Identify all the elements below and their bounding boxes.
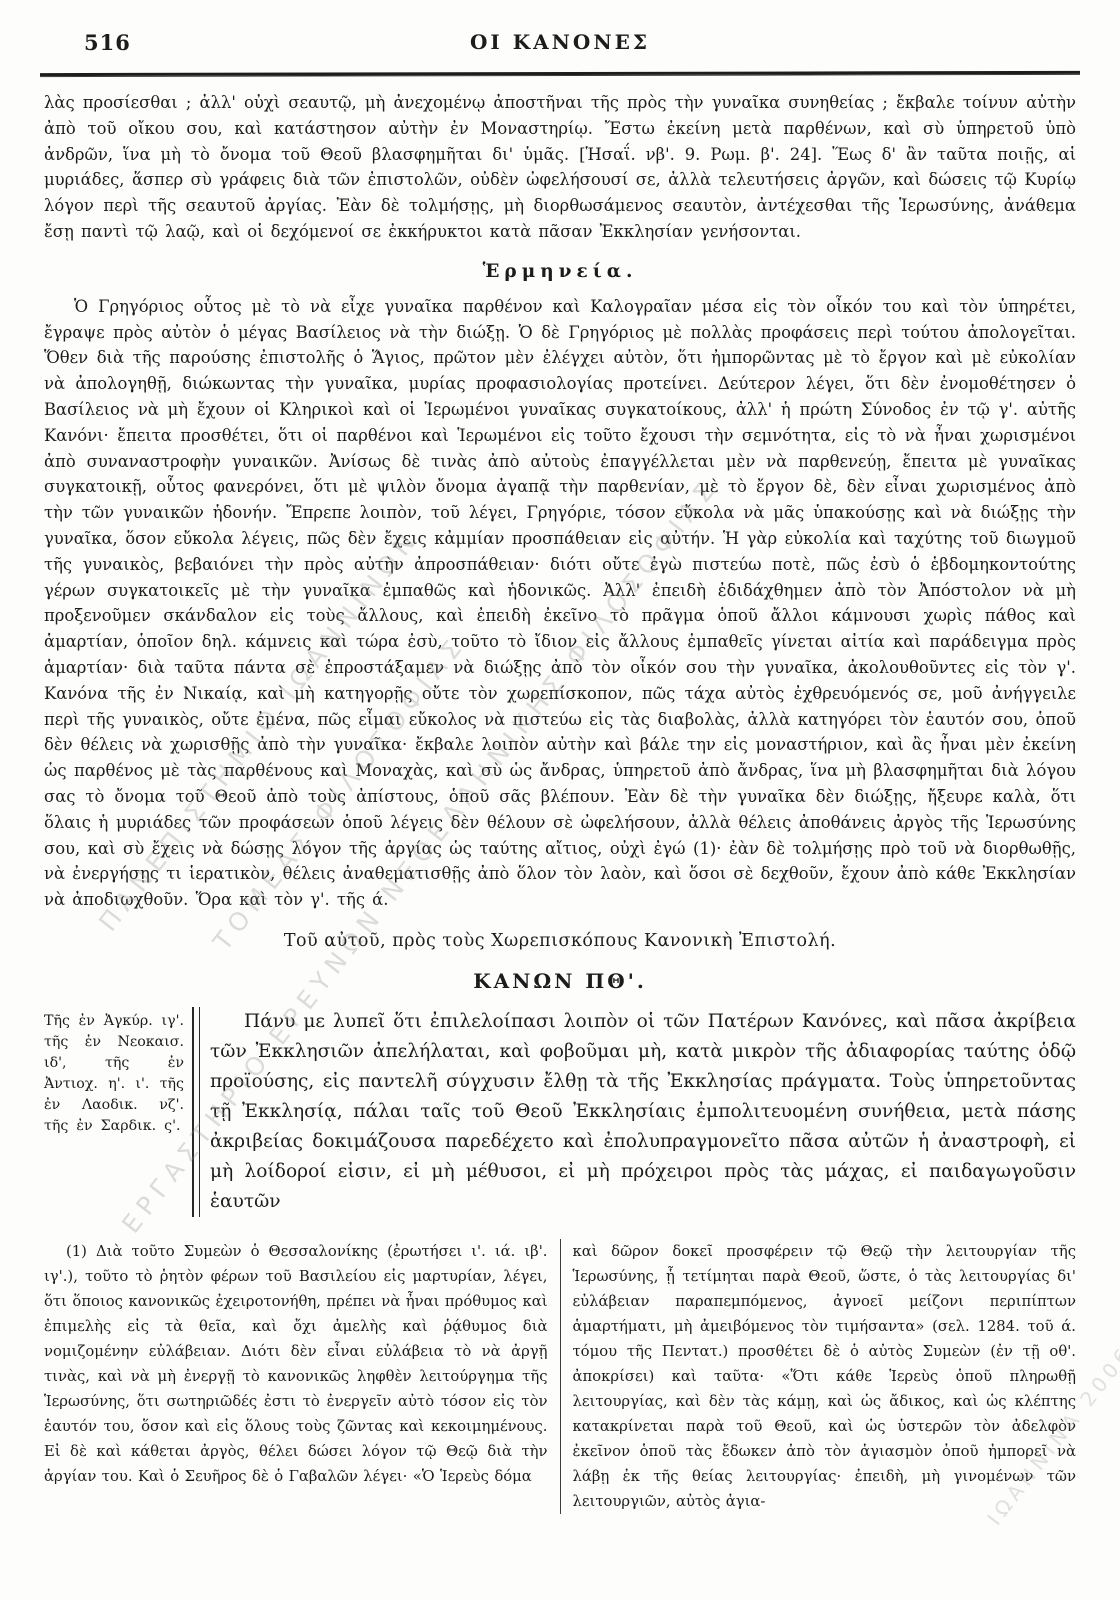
footnote-left-column: (1) Διὰ τοῦτο Συμεὼν ὁ Θεσσαλονίκης (ἐρω… [44,1239,560,1514]
margin-divider-rule [192,1007,200,1217]
epistle-title: Τοῦ αὐτοῦ, πρὸς τοὺς Χωρεπισκόπους Κανον… [44,931,1076,951]
footnote-right-column: καὶ δῶρον δοκεῖ προσφέρειν τῷ Θεῷ τὴν λε… [561,1239,1077,1514]
footnote-section: (1) Διὰ τοῦτο Συμεὼν ὁ Θεσσαλονίκης (ἐρω… [44,1239,1076,1514]
book-page: ΠΑΝΕΠΙΣΤΗΜΙΟ ΙΩΑΝΝΙΝΩΝ ΤΟΜΕΑΣ ΦΙΛΟΣΟΦΙΑΣ… [0,0,1120,1600]
running-title: ΟΙ ΚΑΝΟΝΕΣ [44,30,1076,54]
canon88-continuation-text: λὰς προσίεσθαι ; ἀλλ' οὐχὶ σεαυτῷ, μὴ ἀν… [44,90,1076,245]
hermeneia-heading: Ἑρμηνεία. [44,261,1076,282]
canon89-text: Πάνυ με λυπεῖ ὅτι ἐπιλελοίπασι λοιπὸν οἱ… [210,1007,1076,1217]
canon89-block: Τῆς ἐν Ἀγκύρ. ιγ'. τῆς ἐν Νεοκαισ. ιδ', … [44,1007,1076,1217]
canon89-heading: ΚΑΝΩΝ ΠΘ'. [44,969,1076,993]
page-header: 516 ΟΙ ΚΑΝΟΝΕΣ [44,30,1076,64]
header-rule [40,71,1080,77]
hermeneia-text: Ὁ Γρηγόριος οὗτος μὲ τὸ νὰ εἶχε γυναῖκα … [44,294,1076,913]
canon89-margin-note: Τῆς ἐν Ἀγκύρ. ιγ'. τῆς ἐν Νεοκαισ. ιδ', … [44,1007,184,1217]
